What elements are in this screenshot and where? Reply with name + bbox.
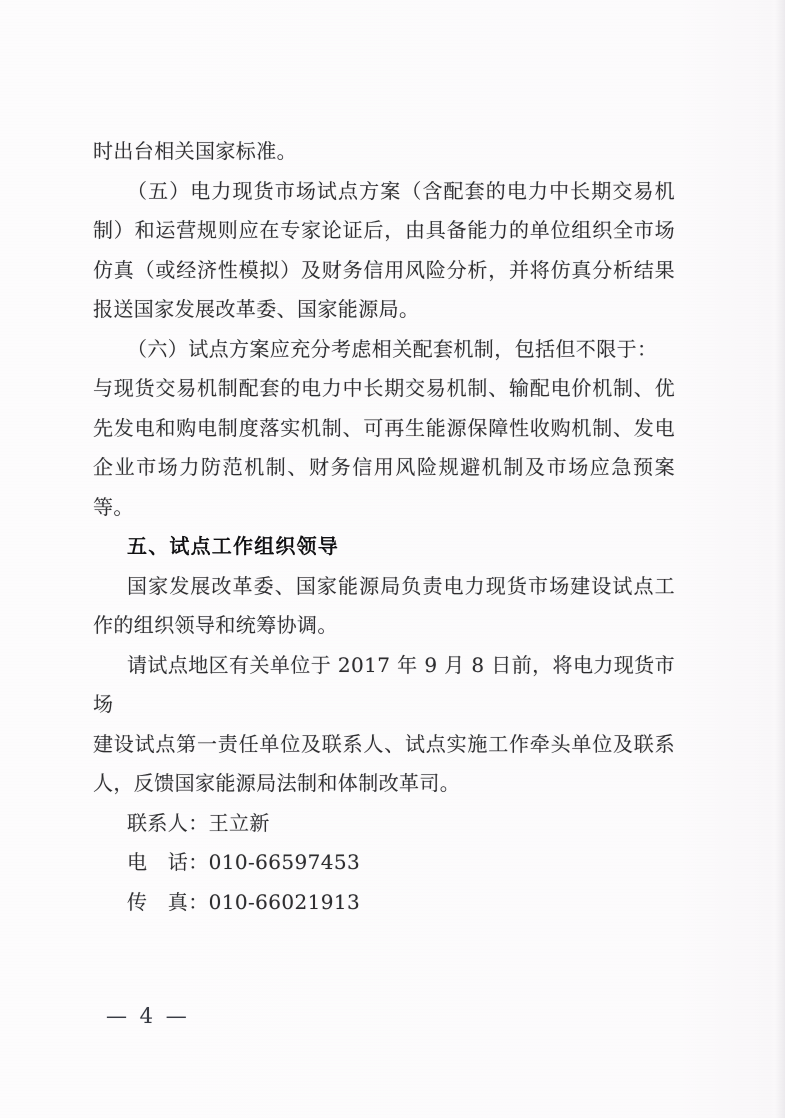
text-line: 人，反馈国家能源局法制和体制改革司。 bbox=[93, 764, 675, 804]
text-line: 先发电和购电制度落实机制、可再生能源保障性收购机制、发电 bbox=[93, 409, 675, 449]
section-heading: 五、试点工作组织领导 bbox=[93, 527, 675, 567]
contact-fax-line: 传 真：010-66021913 bbox=[93, 883, 675, 923]
text-line: 等。 bbox=[93, 488, 675, 528]
document-body: 时出台相关国家标准。 （五）电力现货市场试点方案（含配套的电力中长期交易机 制）… bbox=[93, 132, 675, 922]
contact-phone-line: 电 话：010-66597453 bbox=[93, 843, 675, 883]
document-page: 时出台相关国家标准。 （五）电力现货市场试点方案（含配套的电力中长期交易机 制）… bbox=[0, 0, 785, 1118]
text-line: 时出台相关国家标准。 bbox=[93, 132, 675, 172]
text-line: 请试点地区有关单位于 2017 年 9 月 8 日前，将电力现货市场 bbox=[93, 646, 675, 725]
contact-name-line: 联系人：王立新 bbox=[93, 804, 675, 844]
text-line: 企业市场力防范机制、财务信用风险规避机制及市场应急预案 bbox=[93, 448, 675, 488]
page-number: — 4 — bbox=[106, 1001, 190, 1031]
text-line: 建设试点第一责任单位及联系人、试点实施工作牵头单位及联系 bbox=[93, 725, 675, 765]
text-line: 国家发展改革委、国家能源局负责电力现货市场建设试点工 bbox=[93, 567, 675, 607]
text-line: 仿真（或经济性模拟）及财务信用风险分析，并将仿真分析结果 bbox=[93, 251, 675, 291]
text-line: （六）试点方案应充分考虑相关配套机制，包括但不限于： bbox=[93, 330, 675, 370]
text-line: 与现货交易机制配套的电力中长期交易机制、输配电价机制、优 bbox=[93, 369, 675, 409]
text-line: （五）电力现货市场试点方案（含配套的电力中长期交易机 bbox=[93, 172, 675, 212]
text-line: 制）和运营规则应在专家论证后，由具备能力的单位组织全市场 bbox=[93, 211, 675, 251]
text-line: 作的组织领导和统筹协调。 bbox=[93, 606, 675, 646]
text-line: 报送国家发展改革委、国家能源局。 bbox=[93, 290, 675, 330]
